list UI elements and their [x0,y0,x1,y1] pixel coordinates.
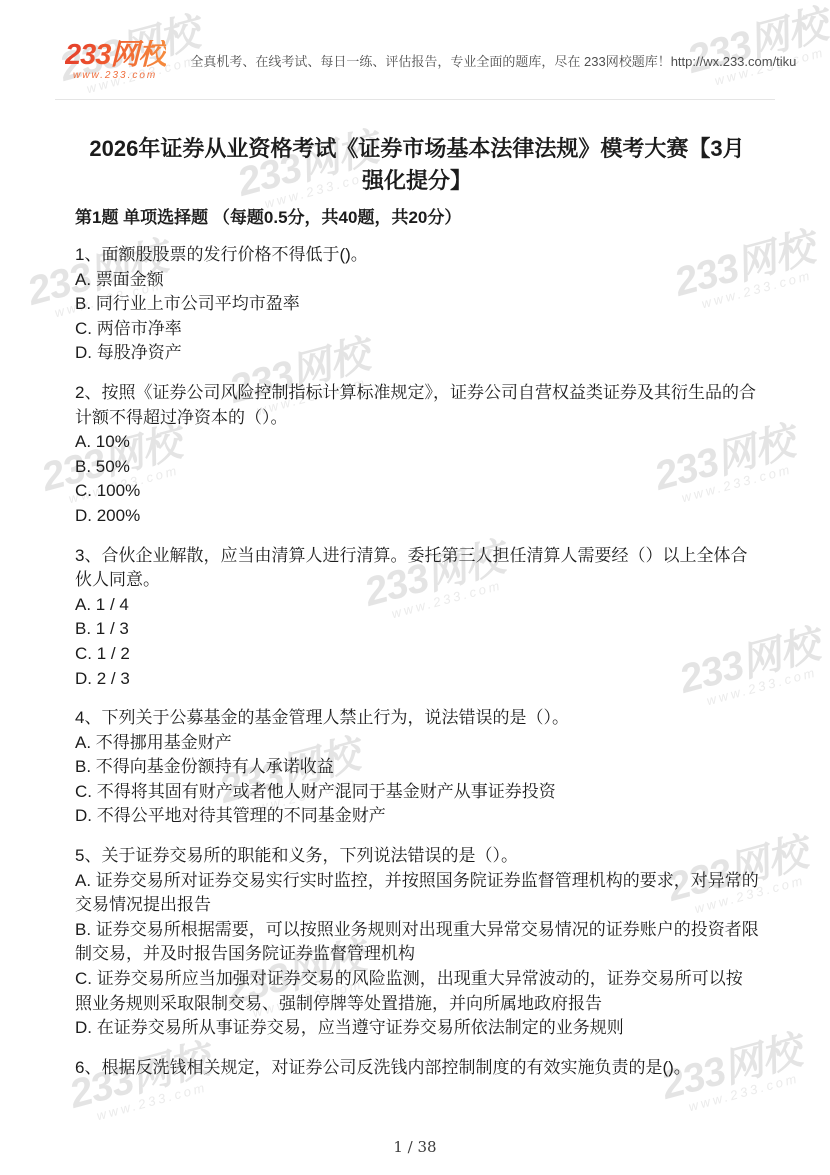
question-1-stem: 1、面额股股票的发行价格不得低于()。 [75,243,759,268]
question-5: 5、关于证券交易所的职能和义务，下列说法错误的是（）。 A. 证券交易所对证券交… [75,844,759,1041]
brand-logo-site: www.233.com [65,70,166,81]
question-4-option-a: A. 不得挪用基金财产 [75,731,759,756]
question-4-option-c: C. 不得将其固有财产或者他人财产混同于基金财产从事证券投资 [75,780,759,805]
header-tagline: 全真机考、在线考试、每日一练、评估报告，专业全面的题库，尽在 233网校题库！h… [190,40,796,70]
question-2-option-c: C. 100% [75,479,759,504]
header-divider [55,99,775,100]
question-4: 4、下列关于公募基金的基金管理人禁止行为，说法错误的是（）。 A. 不得挪用基金… [75,706,759,829]
exam-title: 2026年证券从业资格考试《证券市场基本法律法规》模考大赛【3月强化提分】 [87,133,747,197]
exam-content: 2026年证券从业资格考试《证券市场基本法律法规》模考大赛【3月强化提分】 第1… [75,121,759,1095]
question-4-option-d: D. 不得公平地对待其管理的不同基金财产 [75,804,759,829]
question-2-stem: 2、按照《证券公司风险控制指标计算标准规定》，证券公司自营权益类证券及其衍生品的… [75,381,759,430]
question-3-option-b: B. 1 / 3 [75,617,759,642]
question-3-option-a: A. 1 / 4 [75,593,759,618]
question-1-option-a: A. 票面金额 [75,268,759,293]
question-6-stem: 6、根据反洗钱相关规定，对证券公司反洗钱内部控制制度的有效实施负责的是()。 [75,1056,759,1081]
question-3: 3、合伙企业解散，应当由清算人进行清算。委托第三人担任清算人需要经（）以上全体合… [75,544,759,692]
document-page: 233网校www.233.com 233网校www.233.com 233网校w… [0,0,830,1175]
question-5-stem: 5、关于证券交易所的职能和义务，下列说法错误的是（）。 [75,844,759,869]
question-1-option-d: D. 每股净资产 [75,341,759,366]
brand-logo: 233网校 www.233.com [65,40,166,81]
question-list: 1、面额股股票的发行价格不得低于()。 A. 票面金额 B. 同行业上市公司平均… [75,243,759,1080]
question-5-option-a: A. 证券交易所对证券交易实行实时监控，并按照国务院证券监督管理机构的要求，对异… [75,869,759,918]
question-1-option-c: C. 两倍市净率 [75,317,759,342]
question-2-option-d: D. 200% [75,504,759,529]
question-2-option-b: B. 50% [75,455,759,480]
page-number: 1 / 38 [0,1138,830,1156]
question-1-option-b: B. 同行业上市公司平均市盈率 [75,292,759,317]
question-2: 2、按照《证券公司风险控制指标计算标准规定》，证券公司自营权益类证券及其衍生品的… [75,381,759,529]
question-3-option-d: D. 2 / 3 [75,667,759,692]
page-header: 233网校 www.233.com 全真机考、在线考试、每日一练、评估报告，专业… [65,40,790,81]
question-1: 1、面额股股票的发行价格不得低于()。 A. 票面金额 B. 同行业上市公司平均… [75,243,759,366]
question-6: 6、根据反洗钱相关规定，对证券公司反洗钱内部控制制度的有效实施负责的是()。 [75,1056,759,1081]
question-5-option-b: B. 证券交易所根据需要，可以按照业务规则对出现重大异常交易情况的证券账户的投资… [75,918,759,967]
question-3-option-c: C. 1 / 2 [75,642,759,667]
question-4-stem: 4、下列关于公募基金的基金管理人禁止行为，说法错误的是（）。 [75,706,759,731]
question-4-option-b: B. 不得向基金份额持有人承诺收益 [75,755,759,780]
question-5-option-d: D. 在证券交易所从事证券交易，应当遵守证券交易所依法制定的业务规则 [75,1016,759,1041]
question-2-option-a: A. 10% [75,430,759,455]
brand-logo-text: 233网校 [65,40,166,72]
question-5-option-c: C. 证券交易所应当加强对证券交易的风险监测，出现重大异常波动的，证券交易所可以… [75,967,759,1016]
section-heading: 第1题 单项选择题 （每题0.5分，共40题，共20分） [75,206,759,230]
question-3-stem: 3、合伙企业解散，应当由清算人进行清算。委托第三人担任清算人需要经（）以上全体合… [75,544,759,593]
